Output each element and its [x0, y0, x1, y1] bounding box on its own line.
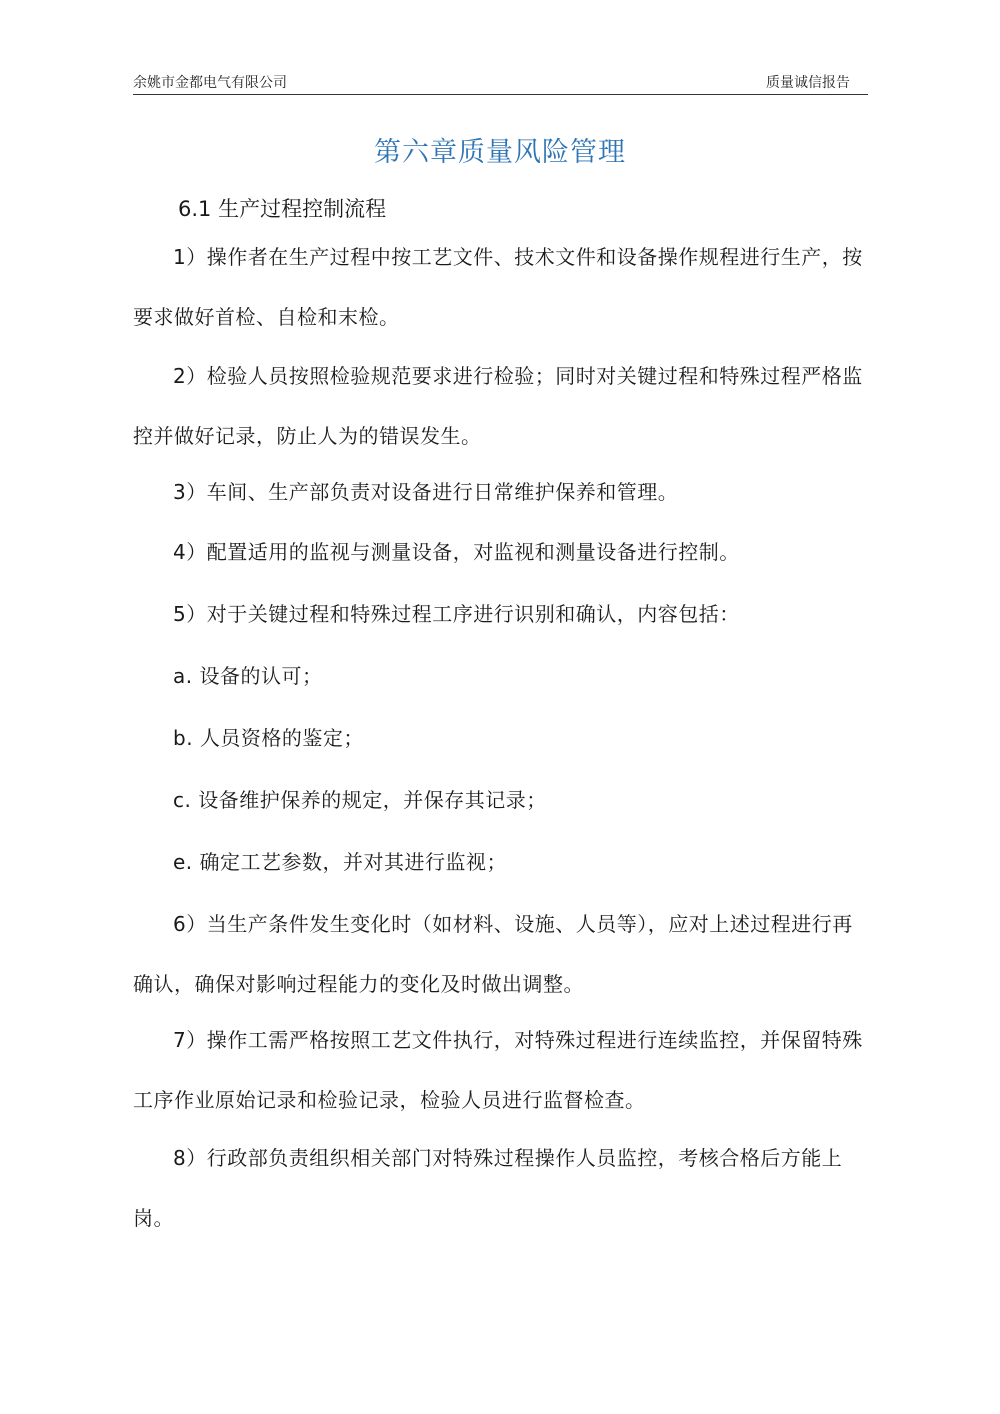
section-heading: 6.1 生产过程控制流程 — [178, 193, 386, 223]
paragraph-2: 2）检验人员按照检验规范要求进行检验；同时对关键过程和特殊过程严格监控并做好记录… — [133, 346, 873, 466]
paragraph-8: 8）行政部负责组织相关部门对特殊过程操作人员监控，考核合格后方能上岗。 — [133, 1128, 873, 1248]
paragraph-text: 6）当生产条件发生变化时（如材料、设施、人员等），应对上述过程进行再确认，确保对… — [133, 912, 853, 996]
paragraph-text: 2）检验人员按照检验规范要求进行检验；同时对关键过程和特殊过程严格监控并做好记录… — [133, 364, 863, 448]
list-item-a: a. 设备的认可； — [133, 646, 873, 706]
list-item-text: b. 人员资格的鉴定； — [173, 726, 364, 750]
paragraph-4: 4）配置适用的监视与测量设备，对监视和测量设备进行控制。 — [133, 522, 873, 582]
paragraph-5: 5）对于关键过程和特殊过程工序进行识别和确认，内容包括： — [133, 584, 873, 644]
company-name: 余姚市金都电气有限公司 — [133, 72, 287, 92]
paragraph-7: 7）操作工需严格按照工艺文件执行，对特殊过程进行连续监控，并保留特殊工序作业原始… — [133, 1010, 873, 1130]
paragraph-text: 7）操作工需严格按照工艺文件执行，对特殊过程进行连续监控，并保留特殊工序作业原始… — [133, 1028, 863, 1112]
paragraph-6: 6）当生产条件发生变化时（如材料、设施、人员等），应对上述过程进行再确认，确保对… — [133, 894, 873, 1014]
paragraph-text: 1）操作者在生产过程中按工艺文件、技术文件和设备操作规程进行生产，按要求做好首检… — [133, 245, 863, 329]
report-title: 质量诚信报告 — [766, 72, 850, 92]
paragraph-3: 3）车间、生产部负责对设备进行日常维护保养和管理。 — [133, 462, 873, 522]
paragraph-text: 5）对于关键过程和特殊过程工序进行识别和确认，内容包括： — [173, 602, 740, 626]
list-item-b: b. 人员资格的鉴定； — [133, 708, 873, 768]
paragraph-text: 8）行政部负责组织相关部门对特殊过程操作人员监控，考核合格后方能上岗。 — [133, 1146, 842, 1230]
paragraph-text: 4）配置适用的监视与测量设备，对监视和测量设备进行控制。 — [173, 540, 740, 564]
paragraph-1: 1）操作者在生产过程中按工艺文件、技术文件和设备操作规程进行生产，按要求做好首检… — [133, 227, 873, 347]
list-item-text: e. 确定工艺参数，并对其进行监视； — [173, 850, 507, 874]
paragraph-text: 3）车间、生产部负责对设备进行日常维护保养和管理。 — [173, 480, 678, 504]
chapter-title: 第六章质量风险管理 — [0, 130, 1000, 169]
list-item-text: c. 设备维护保养的规定，并保存其记录； — [173, 788, 547, 812]
list-item-text: a. 设备的认可； — [173, 664, 322, 688]
list-item-c: c. 设备维护保养的规定，并保存其记录； — [133, 770, 873, 830]
page-header: 余姚市金都电气有限公司 质量诚信报告 — [133, 70, 868, 95]
list-item-e: e. 确定工艺参数，并对其进行监视； — [133, 832, 873, 892]
